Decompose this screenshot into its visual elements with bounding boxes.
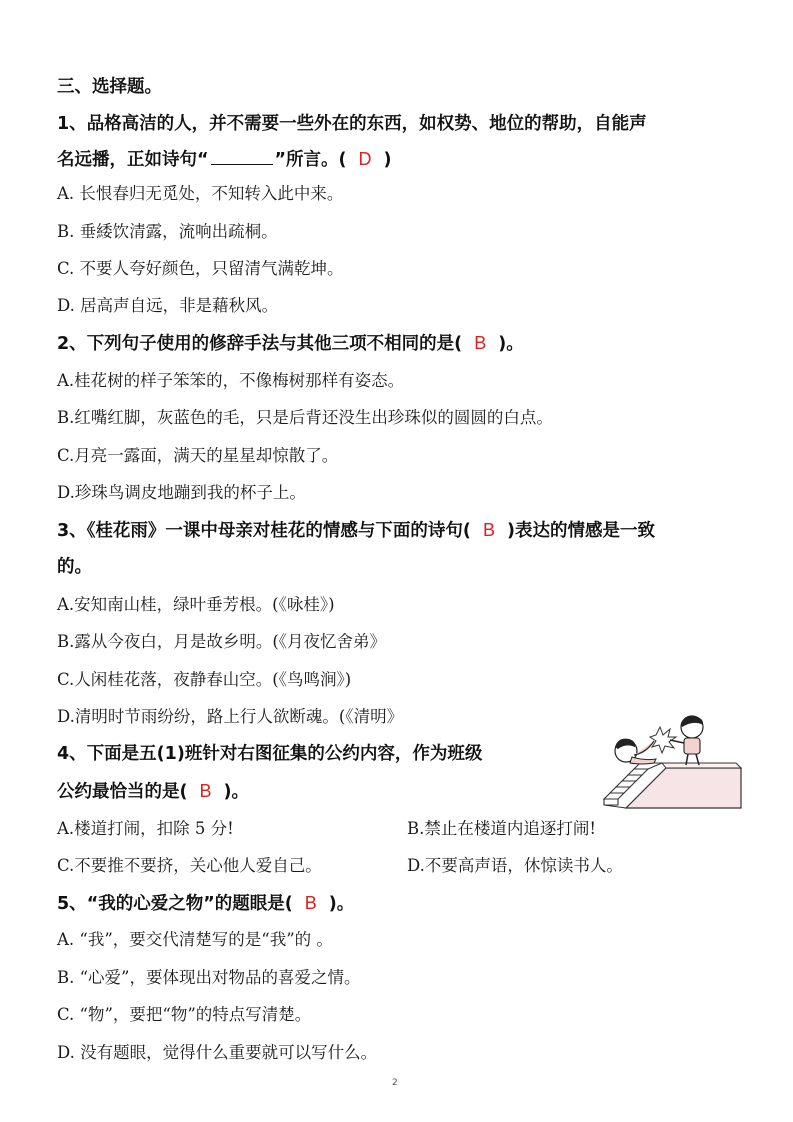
question-4-option-a: A.楼道打闹，扣除 5 分! xyxy=(57,818,234,840)
question-1-text: 品格高洁的人，并不需要一些外在的东西，如权势、地位的帮助，自能声 xyxy=(87,114,647,134)
question-5-number: 5、 xyxy=(57,894,87,914)
question-1-option-d: D. 居高声自远，非是藉秋风。 xyxy=(57,295,278,317)
question-4-option-d: D.不要高声语，休惊读书人。 xyxy=(407,855,623,877)
question-1-text-pre: 名远播，正如诗句“ xyxy=(57,150,209,170)
question-4-stem-line2: 公约最恰当的是(B)。 xyxy=(57,780,249,803)
question-2-answer: B xyxy=(462,332,498,354)
question-2-number: 2、 xyxy=(57,334,87,354)
question-4-text-pre: 公约最恰当的是( xyxy=(57,782,188,802)
question-4-text: 下面是五(1)班针对右图征集的公约内容，作为班级 xyxy=(87,744,483,764)
question-1-stem-line1: 1、品格高洁的人，并不需要一些外在的东西，如权势、地位的帮助，自能声 xyxy=(57,113,647,135)
question-3-answer: B xyxy=(471,519,507,541)
question-4-number: 4、 xyxy=(57,744,87,764)
question-3-option-d: D.清明时节雨纷纷，路上行人欲断魂。(《清明》 xyxy=(57,706,403,728)
question-4-option-c: C.不要推不要挤，关心他人爱自己。 xyxy=(57,855,322,877)
page-number: 2 xyxy=(392,1078,398,1088)
question-3-option-c: C.人闲桂花落，夜静春山空。(《鸟鸣涧》) xyxy=(57,669,351,691)
section-title: 三、选择题。 xyxy=(57,76,162,98)
question-5-text-post: )。 xyxy=(329,894,355,914)
question-1-close: ) xyxy=(384,150,392,170)
question-3-stem-line2: 的。 xyxy=(57,556,92,578)
question-1-number: 1、 xyxy=(57,114,87,134)
question-2-text-pre: 下列句子使用的修辞手法与其他三项不相同的是( xyxy=(87,334,463,354)
question-3-stem-line1: 3、《桂花雨》一课中母亲对桂花的情感与下面的诗句(B)表达的情感是一致 xyxy=(57,519,655,542)
question-1-answer: D xyxy=(347,148,384,170)
question-1-text-post: ”所言。( xyxy=(275,150,347,170)
question-5-option-a: A. “我”，要交代清楚写的是“我”的 。 xyxy=(57,929,333,951)
question-2-option-c: C.月亮一露面，满天的星星却惊散了。 xyxy=(57,445,338,467)
question-3-option-a: A.安知南山桂，绿叶垂芳根。(《咏桂》) xyxy=(57,594,335,616)
question-1-stem-line2: 名远播，正如诗句“”所言。(D) xyxy=(57,148,392,171)
question-5-option-b: B. “心爱”，要体现出对物品的喜爱之情。 xyxy=(57,967,361,989)
question-3-text-pre: 《桂花雨》一课中母亲对桂花的情感与下面的诗句( xyxy=(87,521,471,541)
question-5-option-c: C. “物”，要把“物”的特点写清楚。 xyxy=(57,1004,311,1026)
question-2-text-post: )。 xyxy=(498,334,524,354)
stairs-illustration-icon xyxy=(596,713,746,813)
question-3-option-b: B.露从今夜白，月是故乡明。(《月夜忆舍弟》 xyxy=(57,631,386,653)
question-3-text-post: )表达的情感是一致 xyxy=(507,521,655,541)
question-4-option-b: B.禁止在楼道内追逐打闹! xyxy=(407,818,596,840)
question-4-stem-line1: 4、下面是五(1)班针对右图征集的公约内容，作为班级 xyxy=(57,743,482,765)
question-4-answer: B xyxy=(188,780,224,802)
question-5-stem: 5、“我的心爱之物”的题眼是(B)。 xyxy=(57,892,354,915)
question-5-answer: B xyxy=(293,892,329,914)
question-2-option-d: D.珍珠鸟调皮地蹦到我的杯子上。 xyxy=(57,482,306,504)
question-5-option-d: D. 没有题眼，觉得什么重要就可以写什么。 xyxy=(57,1042,377,1064)
fill-in-blank xyxy=(211,150,273,165)
question-1-option-a: A. 长恨春归无觅处，不知转入此中来。 xyxy=(57,183,343,205)
question-5-text-pre: “我的心爱之物”的题眼是( xyxy=(87,894,293,914)
question-3-number: 3、 xyxy=(57,521,87,541)
question-1-option-c: C. 不要人夸好颜色，只留清气满乾坤。 xyxy=(57,258,344,280)
children-pushing-on-stairs-illustration xyxy=(596,713,746,813)
question-4-text-post: )。 xyxy=(224,782,250,802)
question-2-option-b: B.红嘴红脚，灰蓝色的毛，只是后背还没生出珍珠似的圆圆的白点。 xyxy=(57,407,553,429)
question-2-stem: 2、下列句子使用的修辞手法与其他三项不相同的是(B)。 xyxy=(57,332,524,355)
question-2-option-a: A.桂花树的样子笨笨的，不像梅树那样有姿态。 xyxy=(57,370,404,392)
question-1-option-b: B. 垂緌饮清露，流响出疏桐。 xyxy=(57,221,278,243)
